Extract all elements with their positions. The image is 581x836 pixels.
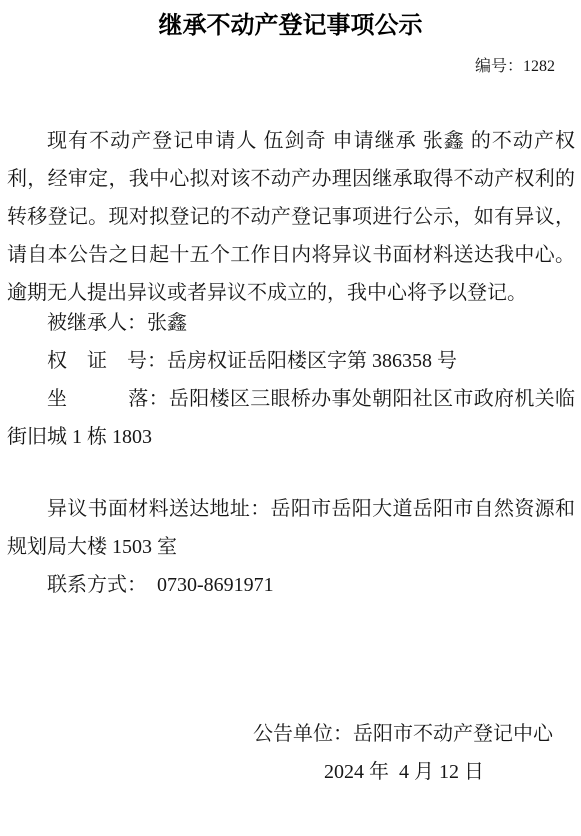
blank-line <box>7 456 575 490</box>
notice-footer: 公告单位：岳阳市不动产登记中心 2024 年 4 月 12 日 <box>0 715 581 791</box>
field-block: 被继承人：张鑫 权 证 号：岳房权证岳阳楼区字第 386358 号 坐 落：岳阳… <box>7 304 575 456</box>
field-location: 坐 落：岳阳楼区三眼桥办事处朝阳社区市政府机关临街旧城 1 栋 1803 <box>7 380 575 456</box>
field-cert-number: 权 证 号：岳房权证岳阳楼区字第 386358 号 <box>7 342 575 380</box>
notice-document-page: 继承不动产登记事项公示 编号：1282 现有不动产登记申请人 伍剑奇 申请继承 … <box>0 0 581 836</box>
doc-number: 编号：1282 <box>0 56 581 78</box>
footer-date: 2024 年 4 月 12 日 <box>0 753 581 791</box>
contact-line: 联系方式： 0730-8691971 <box>7 566 575 604</box>
main-paragraph: 现有不动产登记申请人 伍剑奇 申请继承 张鑫 的不动产权利，经审定，我中心拟对该… <box>7 122 575 312</box>
notice-body: 现有不动产登记申请人 伍剑奇 申请继承 张鑫 的不动产权利，经审定，我中心拟对该… <box>0 122 581 604</box>
footer-issuing-unit: 公告单位：岳阳市不动产登记中心 <box>0 715 581 753</box>
objection-address: 异议书面材料送达地址：岳阳市岳阳大道岳阳市自然资源和规划局大楼 1503 室 <box>7 490 575 566</box>
notice-title: 继承不动产登记事项公示 <box>0 0 581 41</box>
